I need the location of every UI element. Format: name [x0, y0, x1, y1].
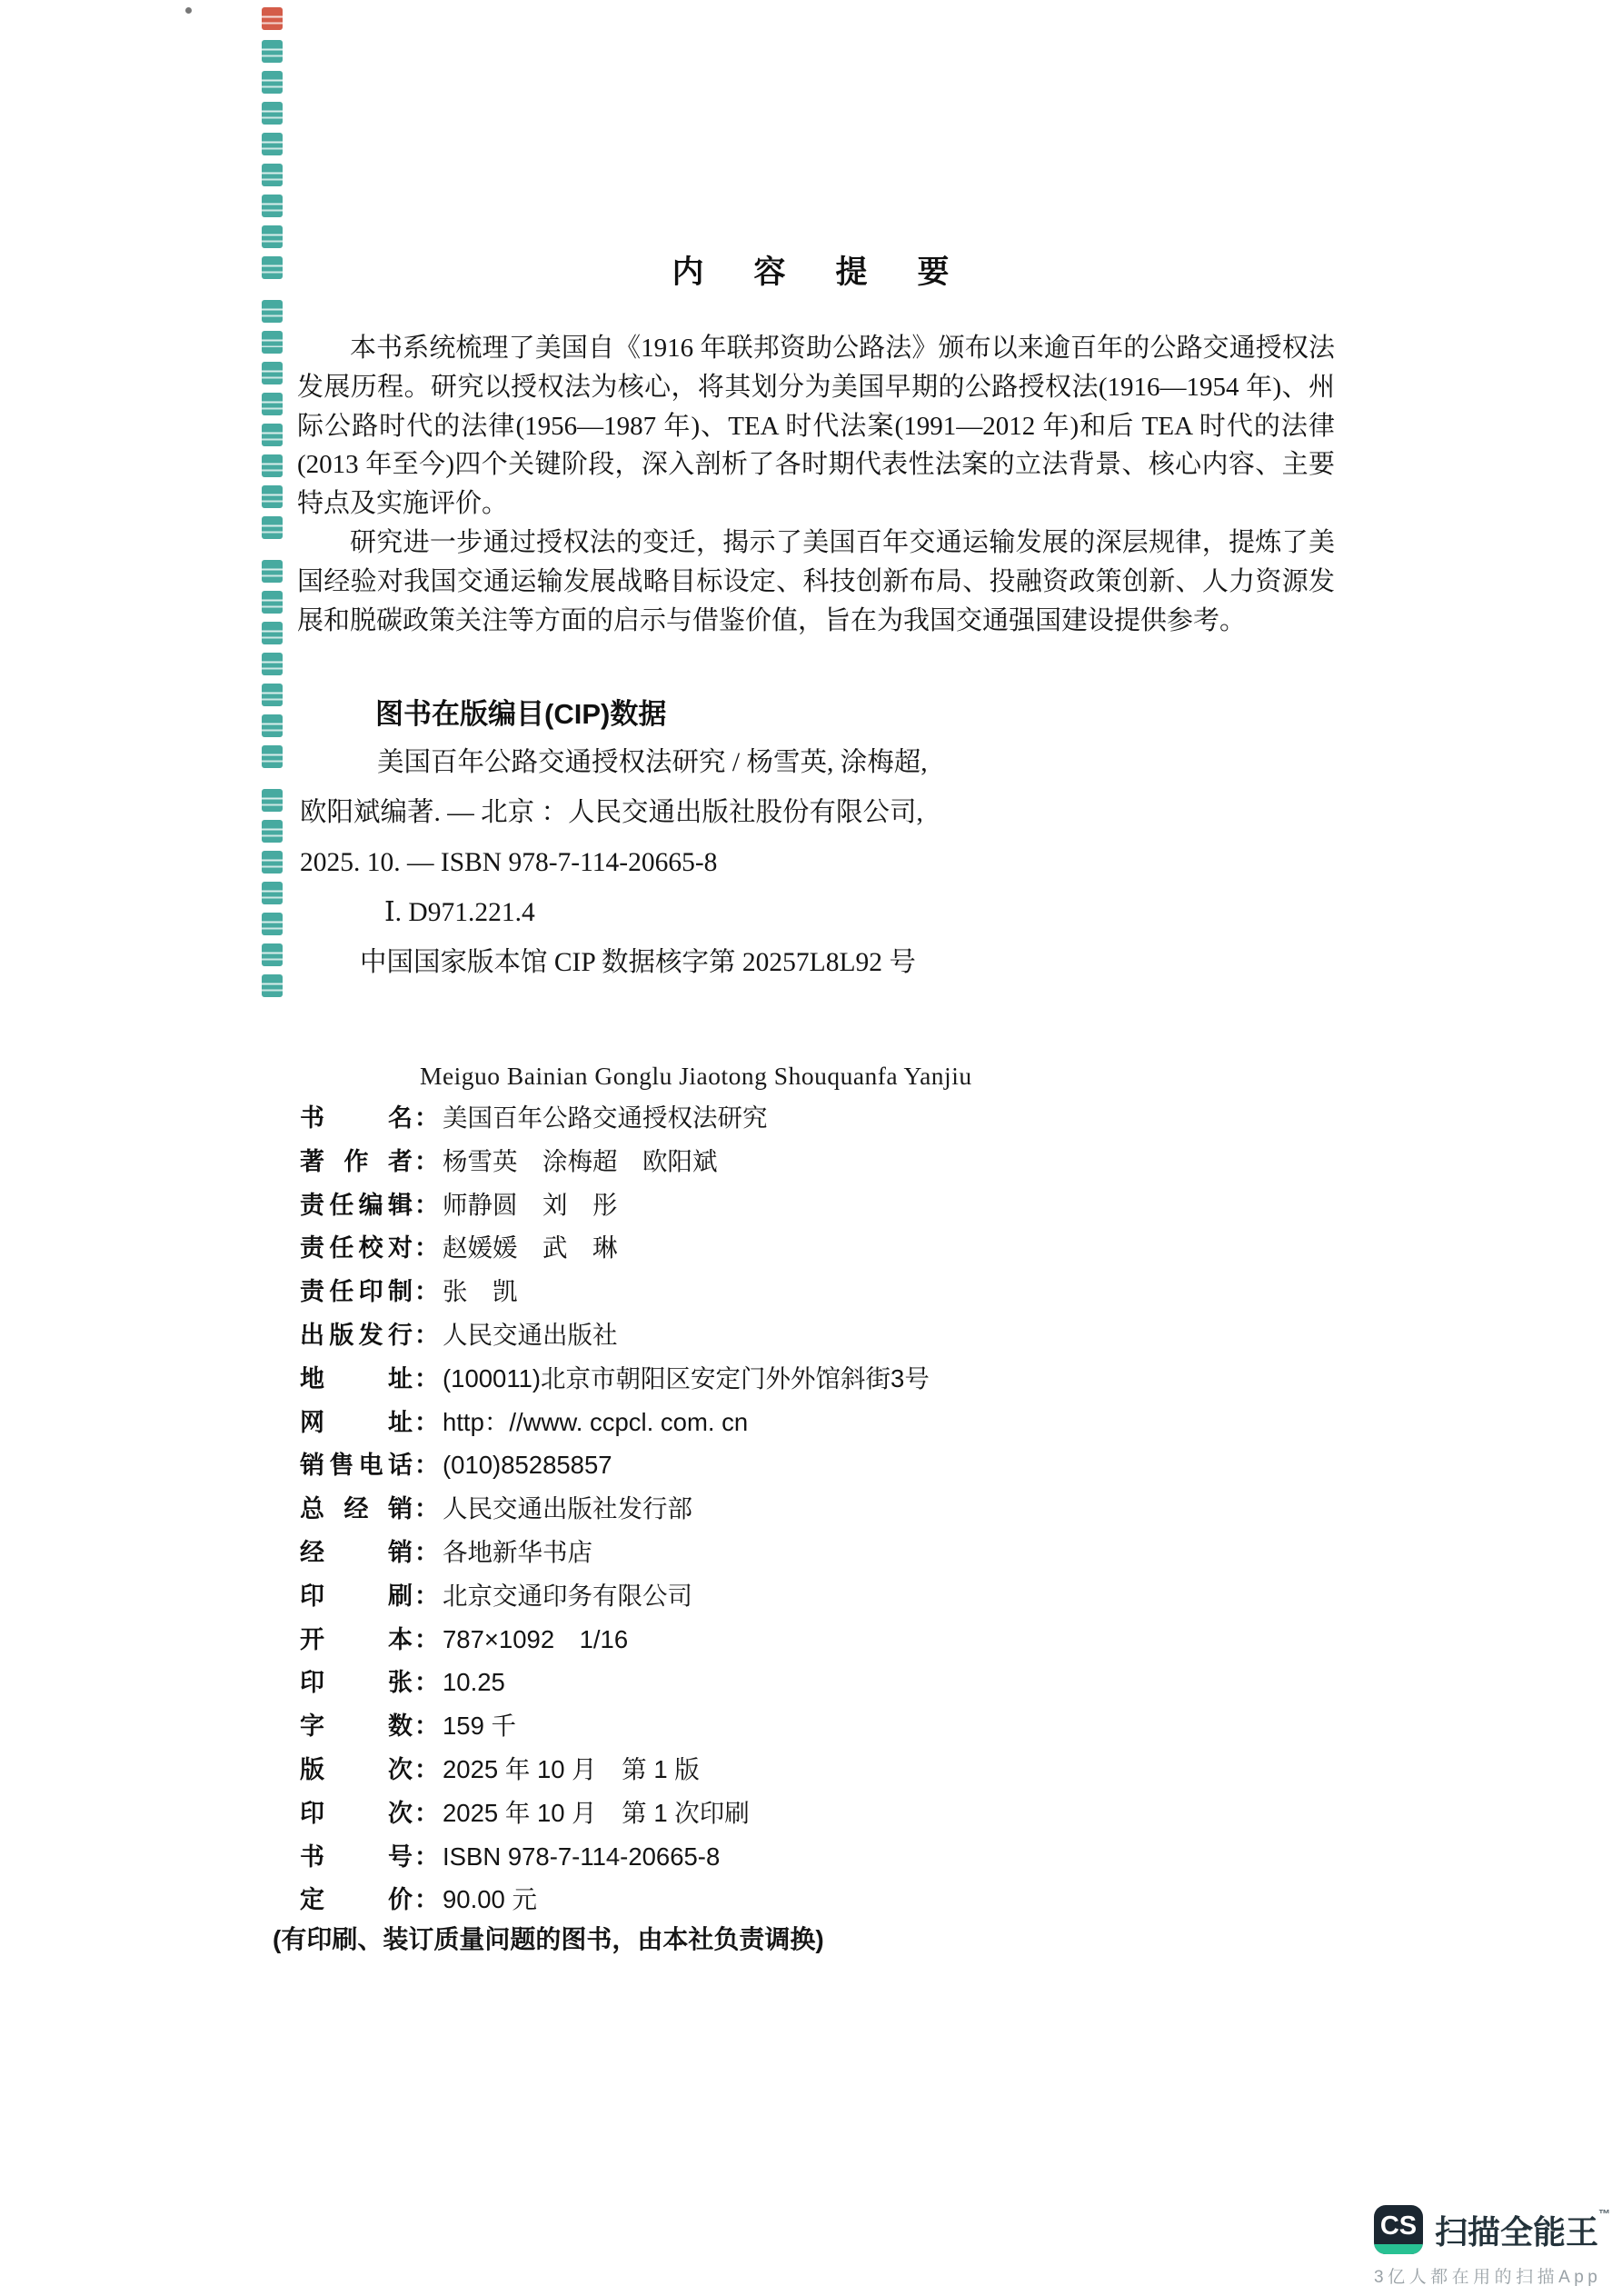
cs-logo-letters: CS	[1374, 2207, 1423, 2245]
colophon-value: 10.25	[443, 1661, 505, 1704]
colophon-colon: ：	[414, 1402, 439, 1445]
colophon-label: 字数	[300, 1705, 413, 1749]
scan-mark	[262, 424, 283, 446]
scan-mark	[262, 485, 283, 508]
scan-mark	[262, 195, 283, 217]
scan-mark	[262, 684, 283, 706]
colophon-label: 书号	[300, 1836, 413, 1880]
colophon-value: 杨雪英 涂梅超 欧阳斌	[443, 1140, 718, 1183]
colophon-row: 销售电话：(010)85285857	[300, 1443, 1436, 1487]
colophon-colon: ：	[414, 1705, 439, 1749]
colophon-value: 张 凯	[443, 1270, 518, 1313]
colophon-row: 责任编辑：师静圆 刘 彤	[300, 1183, 1436, 1227]
scan-mark	[262, 882, 283, 904]
summary-paragraph: 本书系统梳理了美国自《1916 年联邦资助公路法》颁布以来逾百年的公路交通授权法…	[297, 329, 1335, 524]
scan-mark	[262, 591, 283, 614]
cip-line: Ⅰ. D971.221.4	[384, 888, 1390, 938]
scan-speck	[185, 7, 192, 14]
colophon-label: 责任编辑	[300, 1184, 413, 1228]
camscanner-logo-row: CS 扫描全能王™	[1374, 2205, 1610, 2254]
colophon-label: 印次	[300, 1792, 413, 1836]
colophon-label: 责任印制	[300, 1271, 413, 1314]
colophon-label: 印刷	[300, 1575, 413, 1619]
scan-mark	[262, 714, 283, 737]
colophon-label: 出版发行	[300, 1314, 413, 1358]
colophon-label: 销售电话	[300, 1444, 413, 1488]
colophon-colon: ：	[414, 1836, 439, 1880]
colophon-colon: ：	[414, 1141, 439, 1184]
scan-mark	[262, 454, 283, 477]
colophon-row: 开本：787×1092 1/16	[300, 1618, 1436, 1662]
scan-mark	[262, 393, 283, 415]
colophon-row: 定价：90.00 元	[300, 1878, 1436, 1922]
colophon-value: 2025 年 10 月 第 1 次印刷	[443, 1792, 750, 1835]
scan-mark	[262, 362, 283, 384]
cip-line: 中国国家版本馆 CIP 数据核字第 20257L8L92 号	[360, 938, 1390, 988]
page-title: 内 容 提 要	[297, 247, 1333, 293]
colophon-row: 经销：各地新华书店	[300, 1531, 1436, 1574]
scan-mark	[262, 560, 283, 583]
scan-mark	[262, 943, 283, 966]
colophon-value: 美国百年公路交通授权法研究	[443, 1096, 768, 1140]
scan-mark	[262, 851, 283, 873]
scan-mark	[262, 225, 283, 248]
colophon-value: (010)85285857	[443, 1443, 612, 1487]
cs-logo-green-bar	[1374, 2244, 1423, 2254]
colophon-rows: 书名：美国百年公路交通授权法研究著作者：杨雪英 涂梅超 欧阳斌责任编辑：师静圆 …	[300, 1096, 1436, 1922]
colophon-colon: ：	[414, 1314, 439, 1358]
colophon-label: 著作者	[300, 1141, 413, 1184]
colophon-colon: ：	[414, 1358, 439, 1402]
colophon-row: 网址：http：//www. ccpcl. com. cn	[300, 1401, 1436, 1444]
colophon-value: ISBN 978-7-114-20665-8	[443, 1835, 720, 1879]
colophon-row: 责任校对：赵媛媛 武 琳	[300, 1226, 1436, 1270]
colophon-colon: ：	[414, 1662, 439, 1705]
colophon-colon: ：	[414, 1792, 439, 1836]
scan-mark	[262, 102, 283, 125]
scan-mark	[262, 300, 283, 323]
colophon-value: 人民交通出版社	[443, 1313, 618, 1357]
colophon-colon: ：	[414, 1444, 439, 1488]
colophon-label: 经销	[300, 1532, 413, 1575]
colophon-value: 人民交通出版社发行部	[443, 1487, 692, 1531]
colophon-colon: ：	[414, 1532, 439, 1575]
scan-marks-column	[262, 0, 285, 1091]
cip-heading: 图书在版编目(CIP)数据	[375, 691, 666, 732]
colophon-value: 各地新华书店	[443, 1531, 592, 1574]
colophon-colon: ：	[414, 1271, 439, 1314]
cip-lines: 美国百年公路交通授权法研究 / 杨雪英, 涂梅超,欧阳斌编著. — 北京 ：人民…	[300, 738, 1390, 988]
scan-mark	[262, 71, 283, 94]
cip-line: 2025. 10. — ISBN 978-7-114-20665-8	[300, 838, 1390, 888]
content-summary: 本书系统梳理了美国自《1916 年联邦资助公路法》颁布以来逾百年的公路交通授权法…	[297, 329, 1335, 640]
colophon-value: 2025 年 10 月 第 1 版	[443, 1748, 700, 1792]
camscanner-watermark: CS 扫描全能王™ 3亿人都在用的扫描App	[1374, 2205, 1610, 2288]
scan-mark	[262, 256, 283, 279]
colophon-value: 159 千	[443, 1704, 516, 1748]
scan-mark	[262, 789, 283, 812]
colophon-colon: ：	[414, 1749, 439, 1792]
colophon-row: 书名：美国百年公路交通授权法研究	[300, 1096, 1436, 1140]
camscanner-tagline: 3亿人都在用的扫描App	[1374, 2263, 1610, 2288]
scan-mark	[262, 164, 283, 186]
camscanner-logo-icon: CS	[1374, 2205, 1423, 2254]
colophon-value: 90.00 元	[443, 1878, 537, 1922]
colophon-row: 印次：2025 年 10 月 第 1 次印刷	[300, 1792, 1436, 1835]
colophon-row: 印张：10.25	[300, 1661, 1436, 1704]
colophon-row: 责任印制：张 凯	[300, 1270, 1436, 1313]
colophon-row: 书号：ISBN 978-7-114-20665-8	[300, 1835, 1436, 1879]
colophon-row: 地址：(100011)北京市朝阳区安定门外外馆斜街3号	[300, 1357, 1436, 1401]
scan-mark	[262, 133, 283, 155]
trademark-symbol: ™	[1598, 2207, 1610, 2221]
scan-mark	[262, 40, 283, 63]
colophon-row: 出版发行：人民交通出版社	[300, 1313, 1436, 1357]
colophon-colon: ：	[414, 1184, 439, 1228]
colophon-value: 赵媛媛 武 琳	[443, 1226, 618, 1270]
cip-line: 美国百年公路交通授权法研究 / 杨雪英, 涂梅超,	[377, 738, 1390, 788]
colophon-row: 字数：159 千	[300, 1704, 1436, 1748]
colophon-label: 地址	[300, 1358, 413, 1402]
colophon-label: 印张	[300, 1662, 413, 1705]
colophon-label: 定价	[300, 1879, 413, 1922]
colophon-colon: ：	[414, 1097, 439, 1141]
colophon-label: 开本	[300, 1619, 413, 1662]
pinyin-title: Meiguo Bainian Gonglu Jiaotong Shouquanf…	[420, 1062, 972, 1091]
colophon-colon: ：	[414, 1575, 439, 1619]
summary-paragraph: 研究进一步通过授权法的变迁，揭示了美国百年交通运输发展的深层规律，提炼了美国经验…	[297, 524, 1335, 640]
camscanner-app-name: 扫描全能王™	[1435, 2207, 1610, 2253]
scan-mark	[262, 820, 283, 843]
colophon-label: 网址	[300, 1402, 413, 1445]
colophon-label: 书名	[300, 1097, 413, 1141]
colophon-label: 责任校对	[300, 1227, 413, 1271]
colophon-value: 787×1092 1/16	[443, 1618, 628, 1662]
scan-mark	[262, 331, 283, 354]
colophon-row: 著作者：杨雪英 涂梅超 欧阳斌	[300, 1140, 1436, 1183]
book-copyright-page: 内 容 提 要 本书系统梳理了美国自《1916 年联邦资助公路法》颁布以来逾百年…	[0, 0, 1622, 2296]
colophon-value: 北京交通印务有限公司	[443, 1574, 692, 1618]
colophon-label: 总经销	[300, 1488, 413, 1532]
colophon-colon: ：	[414, 1879, 439, 1922]
colophon-value: 师静圆 刘 彤	[443, 1183, 618, 1227]
colophon-value: (100011)北京市朝阳区安定门外外馆斜街3号	[443, 1357, 930, 1401]
scan-mark	[262, 622, 283, 644]
colophon-colon: ：	[414, 1619, 439, 1662]
scan-mark	[262, 745, 283, 768]
cip-line: 欧阳斌编著. — 北京 ：人民交通出版社股份有限公司,	[300, 788, 1390, 838]
colophon-value: http：//www. ccpcl. com. cn	[443, 1401, 748, 1444]
colophon-row: 印刷：北京交通印务有限公司	[300, 1574, 1436, 1618]
scan-mark	[262, 974, 283, 997]
colophon-row: 总经销：人民交通出版社发行部	[300, 1487, 1436, 1531]
camscanner-name-text: 扫描全能王	[1435, 2213, 1598, 2251]
scan-mark	[262, 913, 283, 935]
scan-mark	[262, 516, 283, 539]
colophon-label: 版次	[300, 1749, 413, 1792]
scan-mark	[262, 653, 283, 675]
colophon-row: 版次：2025 年 10 月 第 1 版	[300, 1748, 1436, 1792]
scan-mark-red	[262, 7, 283, 30]
colophon-colon: ：	[414, 1227, 439, 1271]
return-policy-note: (有印刷、装订质量问题的图书，由本社负责调换)	[273, 1920, 824, 1956]
colophon-colon: ：	[414, 1488, 439, 1532]
